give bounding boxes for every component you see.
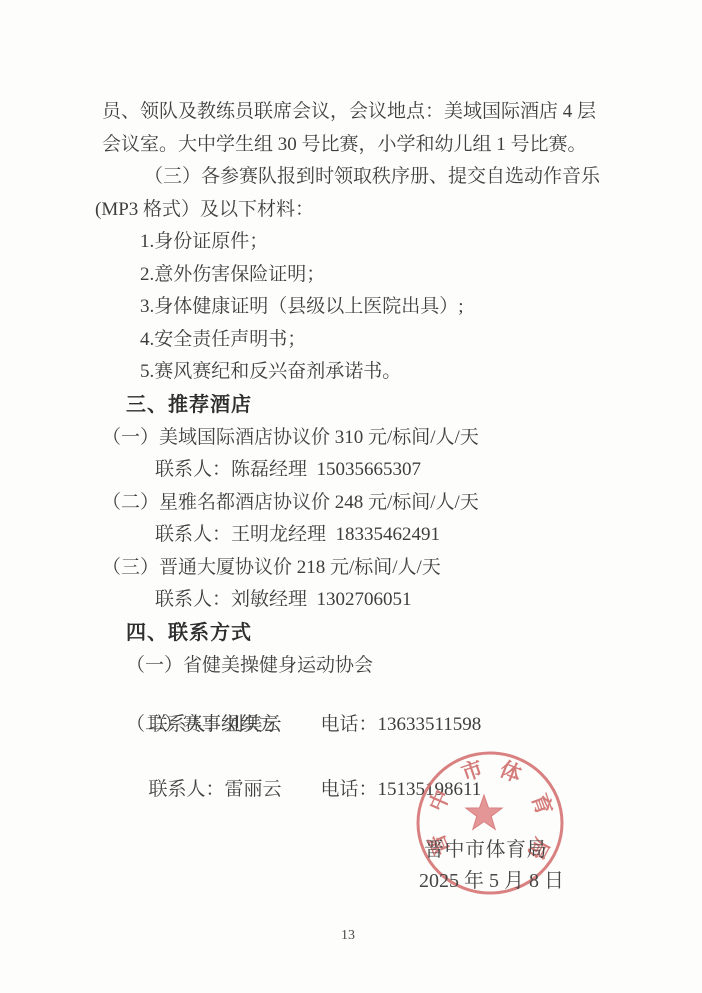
document-page: 员、领队及教练员联席会议，会议地点：美域国际酒店 4 层 会议室。大中学生组 3… <box>0 0 702 993</box>
contact-name: 联系人：雷丽云 <box>149 774 321 807</box>
document-body: 员、领队及教练员联席会议，会议地点：美域国际酒店 4 层 会议室。大中学生组 3… <box>102 96 614 774</box>
paragraph-line: 会议室。大中学生组 30 号比赛，小学和幼儿组 1 号比赛。 <box>102 129 614 162</box>
hotel-price-line: （二）星雅名都酒店协议价 248 元/标间/人/天 <box>102 487 614 520</box>
list-item: 5.赛风赛纪和反兴奋剂承诺书。 <box>102 356 614 389</box>
seal-ring-char: 体 <box>496 757 524 787</box>
signature-date: 2025 年 5 月 8 日 <box>419 864 564 893</box>
signature-org: 晋中市体育局 <box>424 833 547 862</box>
paragraph-line: 员、领队及教练员联席会议，会议地点：美域国际酒店 4 层 <box>102 96 614 129</box>
contact-phone: 电话：13633511598 <box>321 714 482 735</box>
list-item: 2.意外伤害保险证明； <box>102 259 614 292</box>
hotel-price-line: （三）晋通大厦协议价 218 元/标间/人/天 <box>102 552 614 585</box>
hotel-contact-line: 联系人：陈磊经理 15035665307 <box>102 454 614 487</box>
paragraph-line: (MP3 格式）及以下材料： <box>95 194 614 227</box>
seal-ring-char: 育 <box>527 790 557 818</box>
section3-heading: 三、推荐酒店 <box>102 389 614 422</box>
paragraph-line: （三）各参赛队报到时领取秩序册、提交自选动作音乐 <box>102 161 614 194</box>
section4-heading: 四、联系方式 <box>102 617 614 650</box>
list-item: 3.身体健康证明（县级以上医院出具）; <box>102 291 614 324</box>
seal-ring-char: 中 <box>425 786 455 815</box>
hotel-contact-line: 联系人：刘敏经理 1302706051 <box>102 584 614 617</box>
hotel-contact-line: 联系人：王明龙经理 18335462491 <box>102 519 614 552</box>
page-number: 13 <box>0 928 696 944</box>
contact-line: 联系人：刘美云电话：13633511598 <box>102 677 614 710</box>
list-item: 1.身份证原件； <box>102 226 614 259</box>
org-line: （一）省健美操健身运动协会 <box>102 650 614 677</box>
list-item: 4.安全责任声明书； <box>102 324 614 357</box>
seal-star-icon <box>466 795 502 829</box>
seal-ring-char: 市 <box>458 756 486 786</box>
hotel-price-line: （一）美域国际酒店协议价 310 元/标间/人/天 <box>102 422 614 455</box>
